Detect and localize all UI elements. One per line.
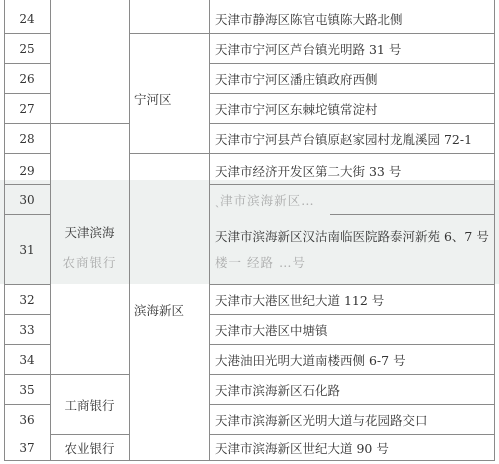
- row-number: 26: [4, 64, 50, 94]
- row-number: 27: [4, 94, 50, 124]
- group-line: [50, 123, 129, 124]
- row-number: 24: [4, 4, 50, 34]
- address-line1: 天津市滨海新区汉沽南临医院路泰河新苑 6、7 号: [215, 224, 489, 250]
- row-number: 25: [4, 34, 50, 64]
- group-label-line2: 农商银行: [62, 248, 116, 278]
- row-number: 36: [4, 405, 50, 434]
- address-cell: 天津市经济开发区第二大街 33 号: [215, 158, 495, 184]
- column-divider-3: [209, 0, 210, 461]
- group-abc: 农业银行: [50, 435, 129, 460]
- row-number: 31: [4, 215, 50, 284]
- group-icbc: 工商银行: [50, 375, 129, 434]
- group-label-line1: 天津滨海: [64, 218, 114, 248]
- column-divider-2: [129, 0, 130, 461]
- district-binhai: 滨海新区: [134, 295, 209, 325]
- row-number: 30: [4, 185, 50, 214]
- address-cell: 天津市滨海新区世纪大道 90 号: [215, 435, 495, 460]
- row-number: 29: [4, 158, 50, 184]
- row-number: 37: [4, 435, 50, 460]
- address-cell: 天津市滨海新区光明大道与花园路交口: [215, 405, 495, 434]
- row-number: 28: [4, 124, 50, 154]
- row-line: [4, 460, 495, 461]
- address-cell: 天津市宁河区芦台镇光明路 31 号: [215, 34, 495, 64]
- district-line: [129, 33, 209, 34]
- district-line: [129, 153, 209, 154]
- address-cell: 天津市宁河区潘庄镇政府西侧: [215, 64, 495, 94]
- address-cell: 大港油田光明大道南楼西侧 6-7 号: [215, 345, 495, 374]
- address-cell-multiline: 天津市滨海新区汉沽南临医院路泰河新苑 6、7 号 楼一 经路 …号: [215, 215, 495, 284]
- row-number: 34: [4, 345, 50, 374]
- row-number: 32: [4, 285, 50, 314]
- address-cell-obscured: ˎ津市滨海新区…: [215, 185, 495, 214]
- district-ninghe: 宁河区: [134, 84, 209, 114]
- address-cell: 天津市大港区中塘镇: [215, 315, 495, 344]
- address-cell: 天津市宁河区东棘坨镇常淀村: [215, 94, 495, 124]
- row-number: 35: [4, 375, 50, 404]
- row-number: 33: [4, 315, 50, 344]
- address-cell: 天津市大港区世纪大道 112 号: [215, 285, 495, 314]
- address-line2-obscured: 楼一 经路 …号: [215, 250, 306, 276]
- address-cell: 天津市宁河县芦台镇原赵家园村龙胤溪园 72-1: [215, 124, 495, 154]
- address-cell: 天津市静海区陈官屯镇陈大路北侧: [215, 4, 495, 34]
- address-cell: 天津市滨海新区石化路: [215, 375, 495, 404]
- group-tianjin-binhai: 天津滨海 农商银行: [50, 218, 129, 278]
